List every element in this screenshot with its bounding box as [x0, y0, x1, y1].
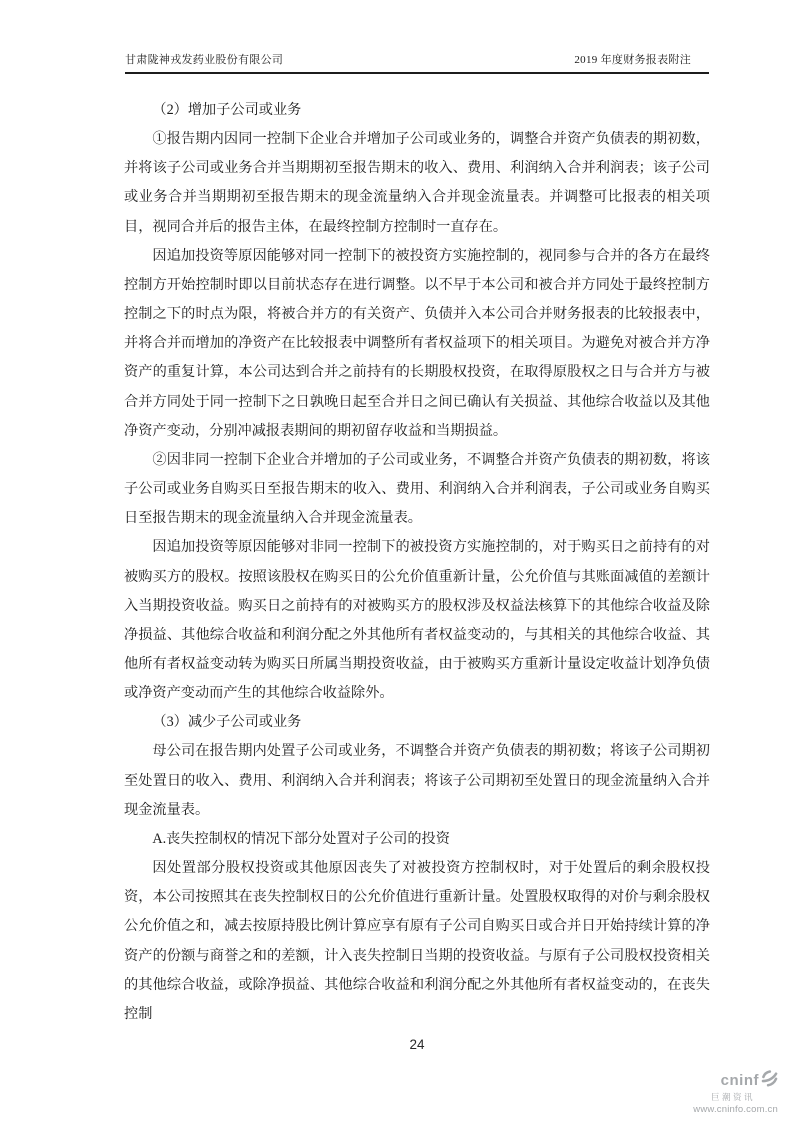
cninfo-brand-text: cninf	[721, 1073, 759, 1088]
page-header: 甘肃陇神戎发药业股份有限公司 2019 年度财务报表附注	[125, 0, 709, 74]
cninfo-brand-row: cninf	[693, 1070, 778, 1091]
cninfo-chinese-name: 巨潮资讯	[693, 1093, 778, 1102]
paragraph-additional-investment-same-control: 因追加投资等原因能够对同一控制下的被投资方实施控制的，视同参与合并的各方在最终控…	[124, 242, 710, 446]
paragraph-partial-disposal-loss-of-control: 因处置部分股权投资或其他原因丧失了对被投资方控制权时，对于处置后的剩余股权投资，…	[124, 854, 710, 1029]
cninfo-watermark: cninf 巨潮资讯 www.cninfo.com.cn	[693, 1070, 778, 1114]
paragraph-non-same-control-merger: ②因非同一控制下企业合并增加的子公司或业务，不调整合并资产负债表的期初数，将该子…	[124, 446, 710, 533]
page-number: 24	[124, 1037, 710, 1052]
paragraph-same-control-merger: ①报告期内因同一控制下企业合并增加子公司或业务的，调整合并资产负债表的期初数，并…	[124, 125, 710, 242]
section-heading-reduce-subsidiary: （3）减少子公司或业务	[124, 708, 710, 737]
cninfo-swirl-icon	[761, 1070, 778, 1091]
section-heading-add-subsidiary: （2）增加子公司或业务	[124, 96, 710, 125]
company-name: 甘肃陇神戎发药业股份有限公司	[125, 51, 283, 67]
cninfo-url: www.cninfo.com.cn	[693, 1105, 778, 1115]
document-body: （2）增加子公司或业务 ①报告期内因同一控制下企业合并增加子公司或业务的，调整合…	[124, 96, 710, 1029]
paragraph-additional-investment-non-same-control: 因追加投资等原因能够对非同一控制下的被投资方实施控制的，对于购买日之前持有的对被…	[124, 533, 710, 708]
report-title: 2019 年度财务报表附注	[574, 51, 709, 67]
document-page: 甘肃陇神戎发药业股份有限公司 2019 年度财务报表附注 （2）增加子公司或业务…	[0, 0, 793, 1122]
paragraph-disposal-subsidiary: 母公司在报告期内处置子公司或业务，不调整合并资产负债表的期初数；将该子公司期初至…	[124, 737, 710, 824]
section-heading-loss-of-control: A.丧失控制权的情况下部分处置对子公司的投资	[124, 825, 710, 854]
